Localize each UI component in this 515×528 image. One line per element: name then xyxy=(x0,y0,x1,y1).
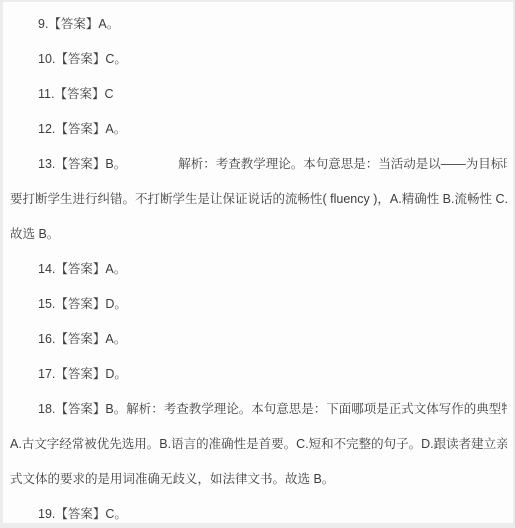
answer-item-15: 15.【答案】D。 xyxy=(10,287,507,322)
answer-item-18-explanation-line2: A.古文字经常被优先选用。B.语言的准确性是首要。C.短和不完整的句子。D.跟读… xyxy=(10,427,507,462)
answer-key-content: 9.【答案】A。 10.【答案】C。 11.【答案】C 12.【答案】A。 13… xyxy=(3,2,513,523)
answer-item-14: 14.【答案】A。 xyxy=(10,252,507,287)
answer-item-11: 11.【答案】C xyxy=(10,77,507,112)
answer-item-19: 19.【答案】C。 xyxy=(10,497,507,523)
answer-item-13-explanation-line1: 解析：考查教学理论。本句意思是：当活动是以——为目标时，建议老师不 xyxy=(178,147,507,182)
answer-item-12: 12.【答案】A。 xyxy=(10,112,507,147)
answer-item-13-answer: 13.【答案】B。 xyxy=(38,157,126,171)
answer-item-18: 18.【答案】B。解析：考查教学理论。本句意思是：下面哪项是正式文体写作的典型特… xyxy=(10,392,507,427)
answer-item-13: 13.【答案】B。解析：考查教学理论。本句意思是：当活动是以——为目标时，建议老… xyxy=(10,147,507,182)
answer-item-13-explanation-line2: 要打断学生进行纠错。不打断学生是让保证说话的流畅性( fluency )，A.精… xyxy=(10,182,507,217)
answer-item-16: 16.【答案】A。 xyxy=(10,322,507,357)
answer-item-18-explanation-line3: 式文体的要求的是用词准确无歧义，如法律文书。故选 B。 xyxy=(10,462,507,497)
answer-item-13-explanation-line3: 故选 B。 xyxy=(10,217,507,252)
document-page: 9.【答案】A。 10.【答案】C。 11.【答案】C 12.【答案】A。 13… xyxy=(3,2,513,523)
answer-item-17: 17.【答案】D。 xyxy=(10,357,507,392)
answer-item-9: 9.【答案】A。 xyxy=(10,7,507,42)
answer-item-10: 10.【答案】C。 xyxy=(10,42,507,77)
